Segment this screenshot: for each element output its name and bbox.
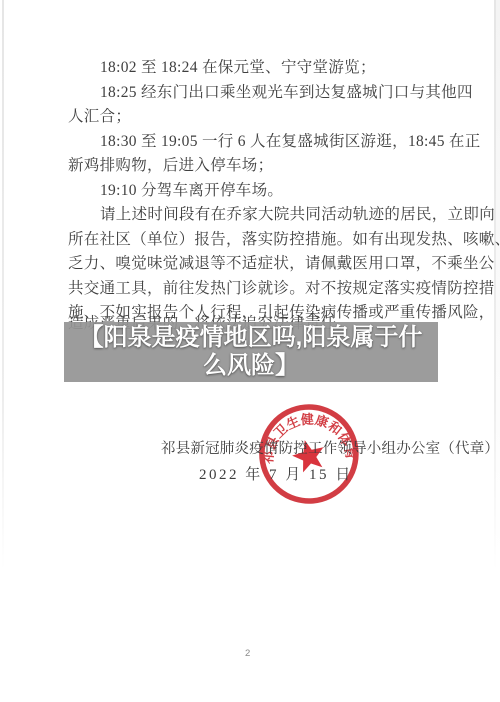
page-right-margin (496, 0, 500, 560)
document-line: 新鸡排购物，后进入停车场； (68, 154, 440, 179)
overlay-caption-text: 【阳泉是疫情地区吗,阳泉属于什么风险】 (64, 324, 438, 380)
document-line: 乏力、嗅觉味觉减退等不适症状，请佩戴医用口罩，不乘坐公 (68, 252, 440, 277)
document-line: 18:25 经东门出口乘坐观光车到达复盛城门口与其他四 (68, 81, 440, 106)
document-line: 18:30 至 19:05 一行 6 人在复盛城街区游逛，18:45 在正 (68, 130, 440, 155)
document-line: 所在社区（单位）报告，落实防控措施。如有出现发热、咳嗽、 (68, 228, 440, 253)
document-page: 18:02 至 18:24 在保元堂、宁守堂游览； 18:25 经东门出口乘坐观… (0, 0, 500, 702)
page-left-edge (2, 0, 4, 570)
document-line: 人汇合； (68, 105, 440, 130)
document-line: 共交通工具，前往发热门诊就诊。对不按规定落实疫情防控措 (68, 277, 440, 302)
document-line: 19:10 分驾车离开停车场。 (68, 179, 440, 204)
signature-line: 祁县新冠肺炎疫情防控工作领导小组办公室（代章） (161, 437, 499, 458)
overlay-caption-band: 【阳泉是疫情地区吗,阳泉属于什么风险】 (64, 322, 438, 382)
document-body-text: 18:02 至 18:24 在保元堂、宁守堂游览； 18:25 经东门出口乘坐观… (68, 56, 440, 326)
date-line: 2022 年 7 月 15 日 (199, 463, 353, 484)
document-line: 请上述时间段有在乔家大院共同活动轨迹的居民，立即向 (68, 203, 440, 228)
document-line: 18:02 至 18:24 在保元堂、宁守堂游览； (68, 56, 440, 81)
page-number: 2 (245, 648, 250, 659)
